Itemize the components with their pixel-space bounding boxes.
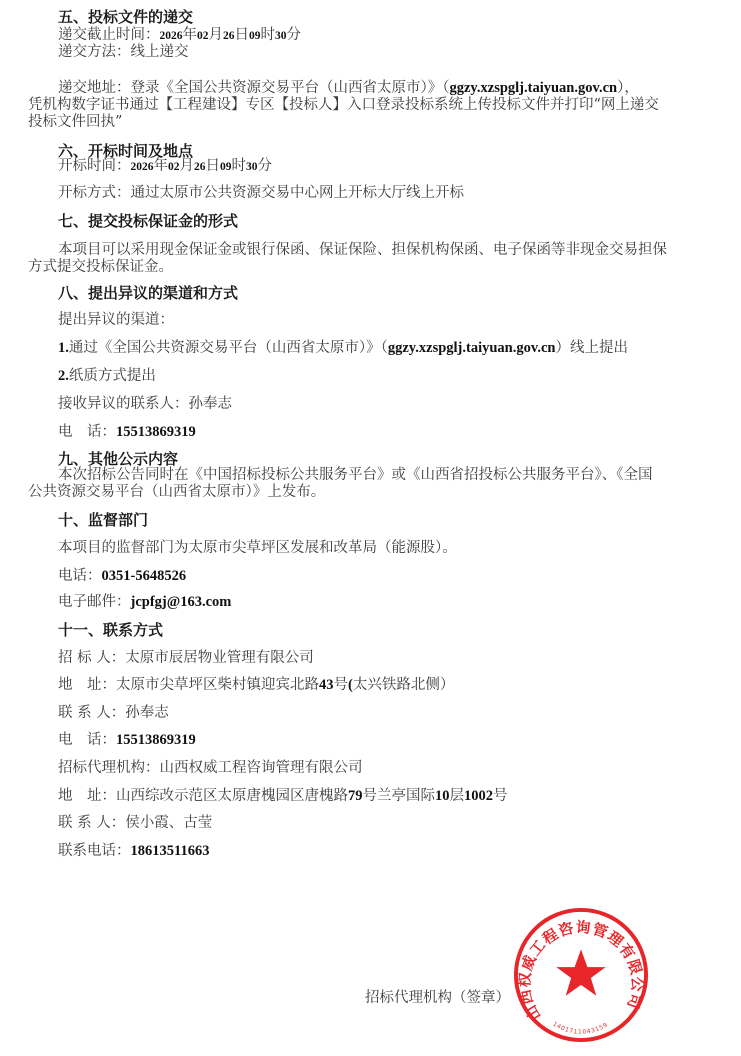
tenderer-phone: 电 话：15513869319	[58, 732, 196, 749]
submission-method: 递交方法：线上递交	[58, 44, 189, 61]
platform-url[interactable]: ggzy.xzspglj.taiyuan.gov.cn	[450, 80, 618, 96]
supervisor-phone: 电话：0351-5648526	[58, 568, 186, 585]
objection-channel-2: 2.纸质方式提出	[58, 368, 156, 385]
section-heading-10: 十、监督部门	[58, 512, 148, 529]
agent: 招标代理机构：山西权威工程咨询管理有限公司	[58, 760, 363, 777]
section-heading-5: 五、投标文件的递交	[58, 9, 193, 26]
supervisor-dept: 本项目的监督部门为太原市尖草坪区发展和改革局（能源股）。	[58, 540, 457, 557]
section-heading-7: 七、提交投标保证金的形式	[58, 213, 238, 230]
deposit-form-line2: 方式提交投标保证金。	[28, 259, 173, 276]
agent-phone: 联系电话：18613511663	[58, 843, 209, 860]
objection-channel-1: 1.通过《全国公共资源交易平台（山西省太原市）》（ggzy.xzspglj.ta…	[58, 340, 628, 357]
signature-label: 招标代理机构（签章）	[365, 986, 510, 1007]
publication-line2: 公共资源交易平台（山西省太原市）》上发布。	[28, 484, 325, 501]
tenderer-contact: 联 系 人：孙奉志	[58, 705, 169, 722]
agent-address: 地 址：山西综改示范区太原唐槐园区唐槐路79号兰亭国际10层1002号	[58, 788, 508, 805]
submission-address-line2: 凭机构数字证书通过【工程建设】专区【投标人】入口登录投标系统上传投标文件并打印“…	[28, 97, 659, 114]
submission-address: 递交地址：登录《全国公共资源交易平台（山西省太原市）》（ggzy.xzspglj…	[58, 80, 639, 97]
tenderer: 招 标 人：太原市辰居物业管理有限公司	[58, 650, 314, 667]
platform-url[interactable]: ggzy.xzspglj.taiyuan.gov.cn	[388, 340, 556, 356]
submission-address-line3: 投标文件回执”	[28, 114, 122, 131]
section-heading-9: 九、其他公示内容	[58, 451, 178, 468]
opening-method: 开标方式：通过太原市公共资源交易中心网上开标大厅线上开标	[58, 185, 464, 202]
tenderer-address: 地 址：太原市尖草坪区柴村镇迎宾北路43号(太兴铁路北侧）	[58, 677, 454, 694]
company-seal-icon: 山西权威工程咨询管理有限公司 1401711043159	[512, 906, 650, 1044]
supervisor-email: 电子邮件：jcpfgj@163.com	[58, 594, 231, 611]
deposit-form-line1: 本项目可以采用现金保证金或银行保函、保证保险、担保机构保函、电子保函等非现金交易…	[58, 242, 667, 259]
section-heading-8: 八、提出异议的渠道和方式	[58, 285, 238, 302]
section-heading-11: 十一、联系方式	[58, 622, 163, 639]
submission-deadline: 递交截止时间：2026年02月26日09时30分	[58, 27, 301, 45]
objection-channels-label: 提出异议的渠道：	[58, 312, 174, 329]
email-link[interactable]: jcpfgj@163.com	[131, 594, 232, 610]
objection-contact: 接收异议的联系人：孙奉志	[58, 396, 232, 413]
opening-time: 开标时间：2026年02月26日09时30分	[58, 158, 272, 176]
agent-contact: 联 系 人：侯小霞、古莹	[58, 815, 212, 832]
objection-phone: 电 话：15513869319	[58, 424, 196, 441]
publication-line1: 本次招标公告同时在《中国招标投标公共服务平台》或《山西省招投标公共服务平台》、《…	[58, 467, 653, 484]
